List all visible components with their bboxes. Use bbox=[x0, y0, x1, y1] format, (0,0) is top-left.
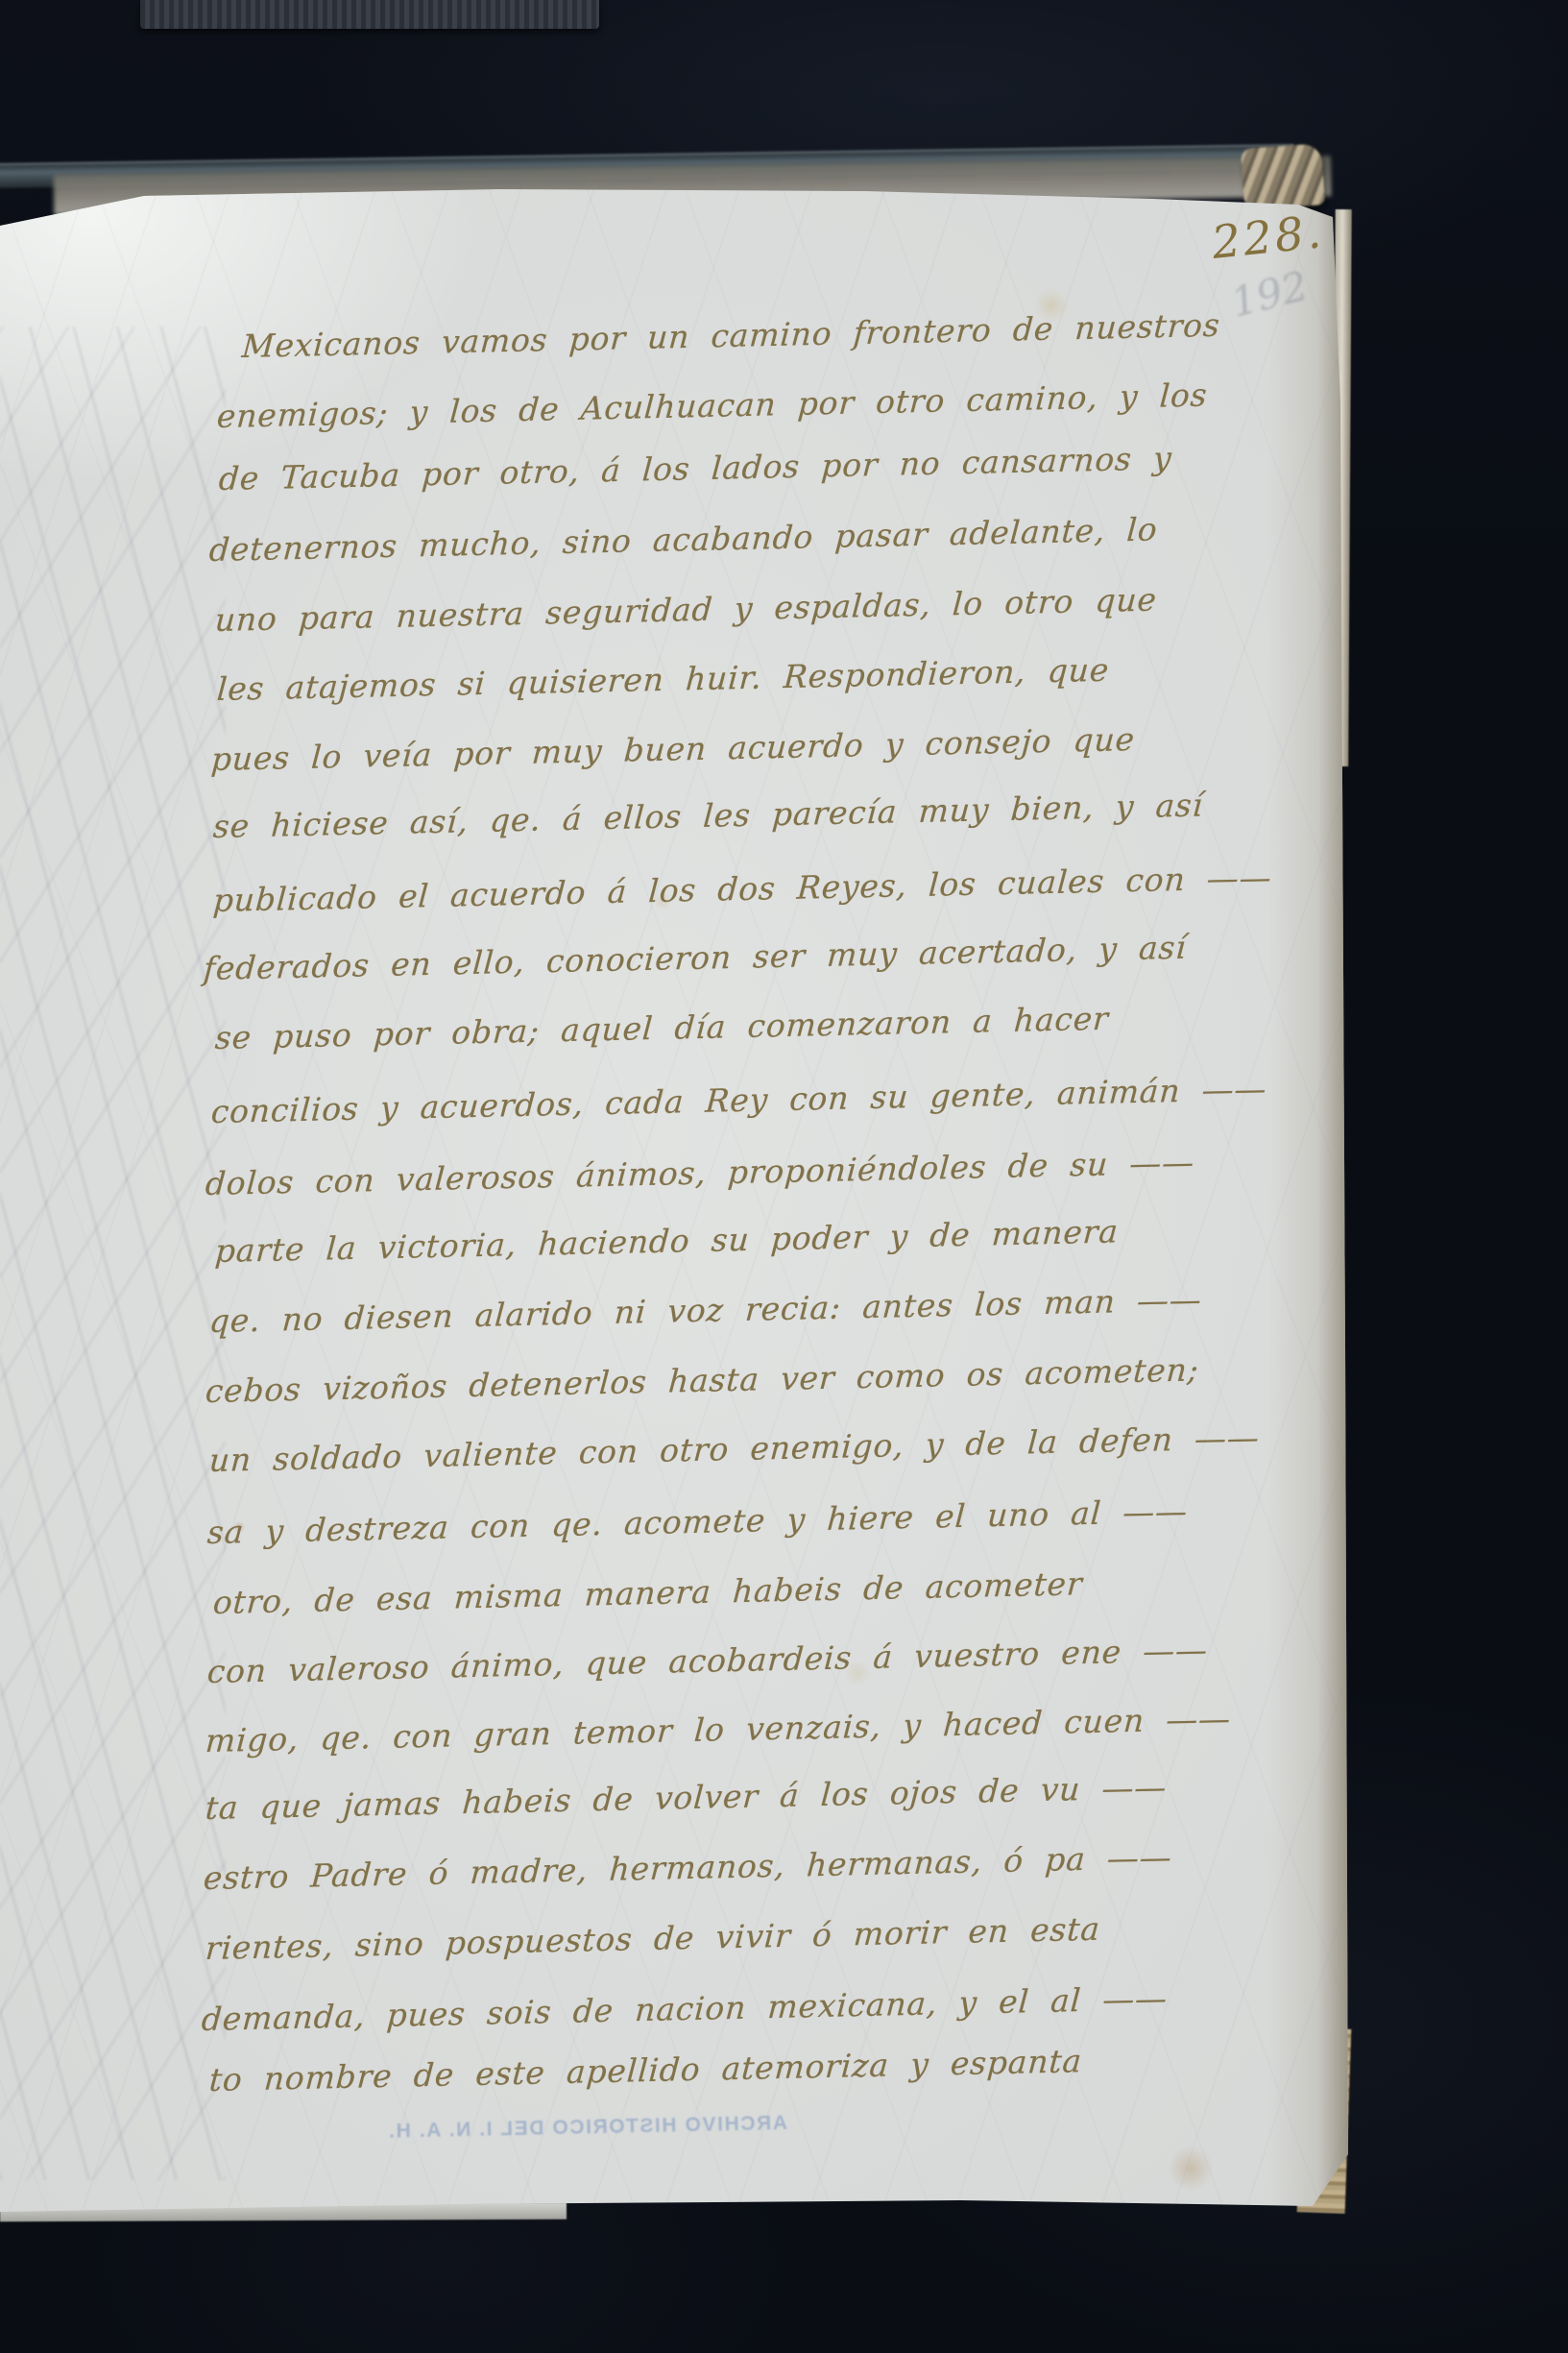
manuscript-line: se hiciese así, qe. á ellos les parecía … bbox=[212, 786, 1205, 845]
manuscript-line: cebos vizoños detenerlos hasta ver como … bbox=[205, 1350, 1200, 1410]
show-through-marks bbox=[0, 327, 226, 2180]
manuscript-line: detenernos mucho, sino acabando pasar ad… bbox=[208, 510, 1159, 569]
endband bbox=[1241, 143, 1325, 210]
manuscript-line: publicado el acuerdo á los dos Reyes, lo… bbox=[212, 859, 1273, 919]
manuscript-line: sa y destreza con qe. acomete y hiere el… bbox=[206, 1492, 1190, 1551]
fabric-strap bbox=[140, 0, 599, 29]
manuscript-line: de Tacuba por otro, á los lados por no c… bbox=[218, 439, 1173, 497]
manuscript-line: parte la victoria, haciendo su poder y d… bbox=[214, 1212, 1120, 1270]
manuscript-line: rientes, sino pospuestos de vivir ó mori… bbox=[205, 1910, 1101, 1967]
manuscript-line: pues lo veía por muy buen acuerdo y cons… bbox=[210, 720, 1137, 778]
manuscript-line: concilios y acuerdos, cada Rey con su ge… bbox=[210, 1070, 1268, 1130]
manuscript-line: Mexicanos vamos por un camino frontero d… bbox=[241, 306, 1221, 365]
manuscript-line: ta que jamas habeis de volver á los ojos… bbox=[205, 1768, 1169, 1827]
manuscript-line: to nombre de este apellido atemoriza y e… bbox=[208, 2042, 1084, 2098]
manuscript-line: federados en ello, conocieron ser muy ac… bbox=[203, 929, 1188, 987]
page-number: 228. bbox=[1209, 206, 1326, 270]
archive-stamp: ARCHIVO HISTORICO DEL I. N. A. H. bbox=[421, 2112, 787, 2143]
manuscript-line: un soldado valiente con otro enemigo, y … bbox=[208, 1419, 1261, 1479]
manuscript-line: se puso por obra; aquel día comenzaron a… bbox=[214, 1000, 1110, 1056]
archival-photo: 228. 192 Mexicanos vamos por un camino f… bbox=[0, 0, 1568, 2353]
manuscript-line: con valeroso ánimo, que acobardeis á vue… bbox=[206, 1631, 1210, 1690]
manuscript-line: uno para nuestra seguridad y espaldas, l… bbox=[214, 581, 1158, 639]
manuscript-line: les atajemos si quisieren huir. Respondi… bbox=[216, 651, 1111, 708]
manuscript-line: otro, de esa misma manera habeis de acom… bbox=[212, 1565, 1084, 1621]
manuscript-line: enemigos; y los de Aculhuacan por otro c… bbox=[216, 376, 1209, 435]
manuscript-page: 228. 192 Mexicanos vamos por un camino f… bbox=[0, 0, 1568, 2353]
manuscript-line: estro Padre ó madre, hermanos, hermanas,… bbox=[203, 1838, 1173, 1897]
manuscript-line: qe. no diesen alarido ni voz recia: ante… bbox=[208, 1280, 1203, 1340]
manuscript-line: migo, qe. con gran temor lo venzais, y h… bbox=[205, 1700, 1233, 1759]
manuscript-line: demanda, pues sois de nacion mexicana, y… bbox=[201, 1979, 1169, 2038]
pencil-annotation: 192 bbox=[1226, 262, 1313, 327]
manuscript-line: dolos con valerosos ánimos, proponiéndol… bbox=[205, 1143, 1196, 1202]
